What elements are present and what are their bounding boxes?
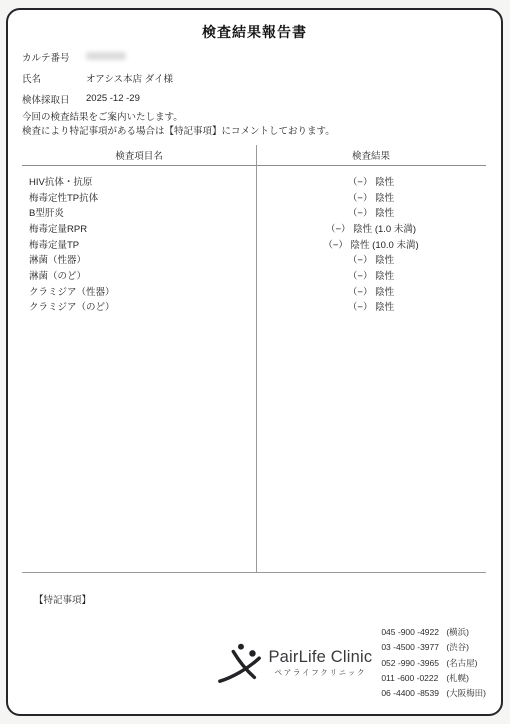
phone-location: (渋谷) — [443, 641, 469, 653]
test-item-name: 梅毒定性TP抗体 — [22, 190, 256, 204]
test-item-name: 淋菌（のど） — [22, 268, 256, 282]
test-result-value: （−） 陰性 (10.0 未満) — [256, 237, 486, 251]
report-card: 検査結果報告書 カルテ番号 氏名 オアシス本店 ダイ様 検体採取日 2025 -… — [6, 8, 503, 716]
table-row: B型肝炎 （−） 陰性 — [22, 204, 486, 220]
test-result-value: （−） 陰性 — [256, 284, 486, 298]
test-item-name: クラミジア（のど） — [22, 299, 256, 313]
test-result-value: （−） 陰性 — [256, 252, 486, 266]
table-body: HIV抗体・抗原 （−） 陰性 梅毒定性TP抗体 （−） 陰性 B型肝炎 （−）… — [22, 166, 486, 314]
clinic-name: PairLife Clinic — [268, 648, 372, 666]
test-item-name: クラミジア（性器） — [22, 284, 256, 298]
table-row: 淋菌（性器） （−） 陰性 — [22, 251, 486, 267]
phone-row: 06 -4400 -8539 (大阪梅田) — [381, 686, 486, 701]
table-row: HIV抗体・抗原 （−） 陰性 — [22, 173, 486, 189]
table-row: クラミジア（性器） （−） 陰性 — [22, 283, 486, 299]
column-header-test-item: 検査項目名 — [22, 148, 256, 162]
test-item-name: 梅毒定量TP — [22, 237, 256, 251]
meta-row-sample-date: 検体採取日 2025 -12 -29 — [22, 88, 501, 109]
test-result-value: （−） 陰性 — [256, 299, 486, 313]
phone-row: 045 -900 -4922 (横浜) — [381, 624, 486, 639]
footer: PairLife Clinic ペアライフクリニック 045 -900 -492… — [217, 624, 486, 701]
phone-number: 06 -4400 -8539 — [381, 688, 443, 698]
intro-line-2: 検査により特記事項がある場合は【特記事項】にコメントしております。 — [22, 125, 501, 139]
phone-number: 03 -4500 -3977 — [381, 642, 443, 652]
intro-text: 今回の検査結果をご案内いたします。 検査により特記事項がある場合は【特記事項】に… — [22, 111, 501, 139]
phone-row: 03 -4500 -3977 (渋谷) — [381, 639, 486, 654]
table-row: 梅毒定量TP （−） 陰性 (10.0 未満) — [22, 236, 486, 252]
phone-row: 052 -990 -3965 (名古屋) — [381, 655, 486, 670]
column-header-test-result: 検査結果 — [256, 148, 486, 162]
table-row: 梅毒定性TP抗体 （−） 陰性 — [22, 189, 486, 205]
page-title: 検査結果報告書 — [8, 24, 501, 40]
karte-number-label: カルテ番号 — [22, 50, 86, 64]
phone-location: (横浜) — [443, 626, 469, 638]
meta-row-patient-name: 氏名 オアシス本店 ダイ様 — [22, 67, 501, 88]
phone-number: 045 -900 -4922 — [381, 627, 443, 637]
test-item-name: 淋菌（性器） — [22, 252, 256, 266]
test-item-name: B型肝炎 — [22, 205, 256, 219]
table-row: 梅毒定量RPR （−） 陰性 (1.0 未満) — [22, 220, 486, 236]
table-row: クラミジア（のど） （−） 陰性 — [22, 299, 486, 315]
clinic-logo-text: PairLife Clinic ペアライフクリニック — [268, 648, 372, 678]
results-table: 検査項目名 検査結果 HIV抗体・抗原 （−） 陰性 梅毒定性TP抗体 （−） … — [22, 145, 486, 573]
phone-location: (大阪梅田) — [443, 687, 486, 699]
patient-name-value: オアシス本店 ダイ様 — [86, 71, 173, 85]
clinic-logo-figure-icon — [217, 640, 263, 686]
phone-row: 011 -600 -0222 (札幌) — [381, 670, 486, 685]
clinic-logo: PairLife Clinic ペアライフクリニック — [217, 640, 372, 686]
patient-name-label: 氏名 — [22, 71, 86, 85]
karte-number-value — [86, 51, 126, 63]
table-header-row: 検査項目名 検査結果 — [22, 145, 486, 166]
phone-location: (札幌) — [443, 672, 469, 684]
clinic-name-japanese: ペアライフクリニック — [274, 667, 366, 678]
karte-number-redacted-smudge — [86, 52, 126, 60]
test-item-name: HIV抗体・抗原 — [22, 174, 256, 188]
test-result-value: （−） 陰性 — [256, 205, 486, 219]
phone-number: 052 -990 -3965 — [381, 658, 443, 668]
sample-date-value: 2025 -12 -29 — [86, 93, 140, 104]
test-item-name: 梅毒定量RPR — [22, 221, 256, 235]
phone-number: 011 -600 -0222 — [381, 673, 443, 683]
notes-heading: 【特記事項】 — [34, 595, 91, 606]
patient-meta: カルテ番号 氏名 オアシス本店 ダイ様 検体採取日 2025 -12 -29 — [22, 46, 501, 109]
meta-row-karte-number: カルテ番号 — [22, 46, 501, 67]
sample-date-label: 検体採取日 — [22, 92, 86, 106]
phone-location: (名古屋) — [443, 657, 477, 669]
intro-line-1: 今回の検査結果をご案内いたします。 — [22, 111, 501, 125]
test-result-value: （−） 陰性 — [256, 190, 486, 204]
phone-list: 045 -900 -4922 (横浜) 03 -4500 -3977 (渋谷) … — [381, 624, 486, 701]
test-result-value: （−） 陰性 — [256, 268, 486, 282]
table-row: 淋菌（のど） （−） 陰性 — [22, 267, 486, 283]
table-column-divider — [256, 145, 257, 572]
test-result-value: （−） 陰性 (1.0 未満) — [256, 221, 486, 235]
test-result-value: （−） 陰性 — [256, 174, 486, 188]
notes-section: 【特記事項】 — [34, 592, 501, 606]
